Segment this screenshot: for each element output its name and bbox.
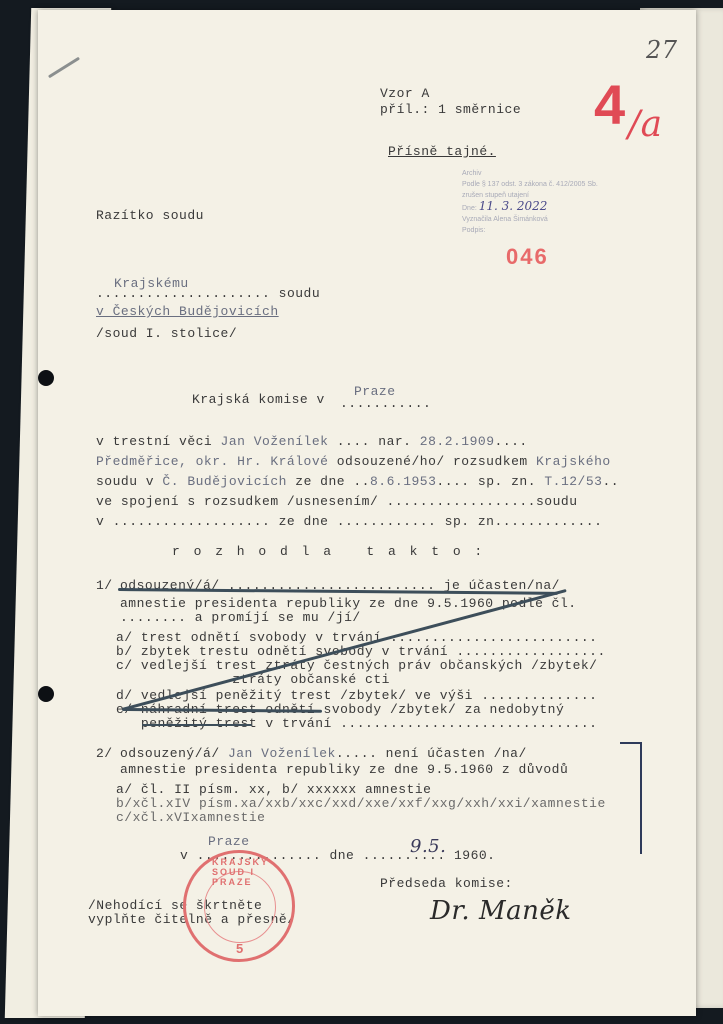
sentenced-label: odsouzené/ho/ rozsudkem — [337, 454, 528, 469]
section1-item: a/ trest odnětí svobody v trvání .......… — [116, 630, 597, 645]
archive-number: 046 — [506, 244, 549, 270]
handwritten-bracket — [620, 742, 642, 854]
section2-number: 2/ — [96, 746, 113, 761]
section1-number: 1/ — [96, 578, 113, 593]
court-city: Č. Budějovicích — [162, 474, 287, 489]
archive-date-line: Dne: 11. 3. 2022 — [462, 201, 598, 214]
section2-line: amnestie presidenta republiky ze dne 9.5… — [120, 762, 568, 777]
section2-suffix: ..... není účasten /na/ — [336, 746, 527, 761]
date-label: ze dne — [295, 474, 345, 489]
section1-item: c/ vedlejší trest ztráty čestných práv o… — [116, 658, 597, 673]
residence: Předměřice, okr. Hr. Králové — [96, 454, 328, 469]
born-label: nar. — [378, 434, 411, 449]
court-level: /soud I. stolice/ — [96, 326, 237, 341]
section2-line-xed: b/xčl.xIV písm.xa/xxb/xxc/xxd/xxe/xxf/xx… — [116, 796, 606, 811]
footer-year: 1960. — [454, 848, 496, 863]
court-type: Krajského — [536, 454, 611, 469]
line3-prefix: soudu v — [96, 474, 154, 489]
section2-prefix: odsouzený/á/ — [120, 746, 220, 761]
seal-number: 5 — [236, 941, 243, 956]
footer-place-prefix: v — [180, 848, 188, 863]
footer-place: Praze — [208, 834, 250, 849]
section2-defendant: Jan Voženílek — [228, 746, 336, 761]
strike-line — [142, 724, 252, 726]
footer-date-label: dne — [329, 848, 354, 863]
file-number: T.12/53 — [544, 474, 602, 489]
chair-label: Předseda komise: — [380, 876, 513, 891]
section2-line: a/ čl. II písm. xx, b/ xxxxxx amnestie — [116, 782, 431, 797]
court-suffix: soudu — [279, 286, 321, 301]
punch-hole — [38, 686, 54, 702]
born-date: 28.2.1909 — [420, 434, 495, 449]
archive-line: Podpis: — [462, 225, 598, 236]
section2-line-xed: c/xčl.xVIxamnestie — [116, 810, 265, 825]
archive-line: Podle § 137 odst. 3 zákona č. 412/2005 S… — [462, 179, 598, 190]
section1-line: ........ a promíjí se mu /jí/ — [120, 610, 361, 625]
archive-date: 11. 3. 2022 — [479, 199, 548, 213]
red-file-mark: 4 — [594, 72, 626, 137]
archive-line: Archiv — [462, 168, 598, 179]
classification-label: Přísně tajné. — [388, 144, 496, 159]
archive-declassification-stamp: Archiv Podle § 137 odst. 3 zákona č. 412… — [462, 168, 598, 236]
footer-date: 9.5. — [410, 836, 446, 857]
commission-label: Krajská komise v — [192, 392, 325, 407]
file-label: sp. zn. — [478, 474, 536, 489]
joined-verdict-label: ve spojení s rozsudkem /usnesením/ — [96, 494, 378, 509]
form-label: Vzor A — [380, 86, 430, 101]
chair-signature: Dr. Maněk — [430, 896, 571, 926]
document-page — [38, 10, 696, 1016]
court-stamp-label: Razítko soudu — [96, 208, 204, 223]
verdict-date: 8.6.1953 — [370, 474, 436, 489]
court-location: v Českých Budějovicích — [96, 304, 279, 319]
soudu-label: soudu — [536, 494, 578, 509]
red-file-mark-suffix: /a — [628, 104, 663, 145]
archive-line: Vyznačila Alena Šimánková — [462, 214, 598, 225]
seal-text: KRAJSKÝ SOUD I PRAZE — [212, 857, 292, 887]
case-prefix: v trestní věci — [96, 434, 212, 449]
pencil-page-number: 27 — [646, 36, 678, 64]
court-seal: KRAJSKÝ SOUD I PRAZE 5 — [183, 850, 295, 962]
attachment-label: příl.: 1 směrnice — [380, 102, 521, 117]
defendant-name: Jan Voženílek — [221, 434, 329, 449]
decision-heading: r o z h o d l a t a k t o : — [172, 544, 485, 559]
punch-hole — [38, 370, 54, 386]
second-verdict-line: v ................... ze dne ...........… — [96, 514, 602, 529]
